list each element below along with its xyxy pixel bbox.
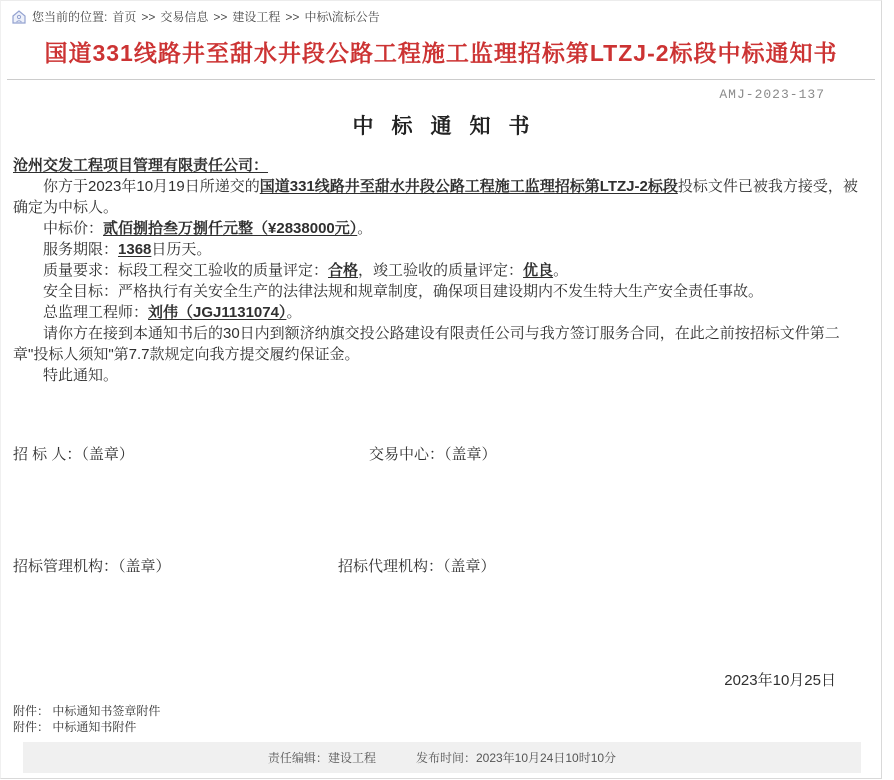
paragraph-contract: 请你方在接到本通知书后的30日内到额济纳旗交投公路建设有限责任公司与我方签订服务…	[13, 323, 869, 365]
breadcrumb-label: 您当前的位置:	[32, 8, 107, 25]
breadcrumb-item-trade-info[interactable]: 交易信息	[160, 8, 208, 25]
notice-body: 沧州交发工程项目管理有限责任公司： 你方于2023年10月19日所递交的国道33…	[1, 155, 881, 386]
recipient-company: 沧州交发工程项目管理有限责任公司：	[13, 157, 268, 174]
chief-engineer-name: 刘伟（JGJ1131074）	[148, 304, 286, 321]
text-segment: 。	[553, 262, 568, 279]
paragraph-quality: 质量要求：标段工程交工验收的质量评定：合格，竣工验收的质量评定：优良。	[13, 260, 869, 281]
attachment-row: 附件： 中标通知书签章附件	[13, 703, 881, 719]
paragraph-recipient: 沧州交发工程项目管理有限责任公司：	[13, 155, 869, 176]
text-segment: 。	[357, 220, 372, 237]
attachment-label: 附件：	[13, 704, 49, 718]
paragraph-safety: 安全目标：严格执行有关安全生产的法律法规和规章制度，确保项目建设期内不发生特大生…	[13, 281, 869, 302]
text-segment: 质量要求：标段工程交工验收的质量评定：	[43, 262, 328, 279]
text-segment: 日历天。	[151, 241, 211, 258]
quality-handover-grade: 合格	[328, 262, 358, 279]
text-segment: 。	[286, 304, 301, 321]
breadcrumb-separator: >>	[213, 10, 227, 24]
breadcrumb: 您当前的位置: 首页 >> 交易信息 >> 建设工程 >> 中标\流标公告	[1, 1, 881, 29]
breadcrumb-item-home[interactable]: 首页	[112, 8, 136, 25]
paragraph-chief-engineer: 总监理工程师：刘伟（JGJ1131074）。	[13, 302, 869, 323]
text-segment: 你方于2023年10月19日所递交的	[43, 178, 260, 195]
project-name: 国道331线路井至甜水井段公路工程施工监理招标第LTZJ-2标段	[260, 178, 678, 195]
service-period-value: 1368	[118, 241, 151, 258]
footer-editor-label: 责任编辑：	[268, 751, 328, 765]
footer-bar: 责任编辑：建设工程 发布时间：2023年10月24日10时10分	[23, 742, 861, 773]
text-segment: 特此通知。	[43, 367, 118, 384]
paragraph-closing: 特此通知。	[13, 365, 869, 386]
attachment-label: 附件：	[13, 720, 49, 734]
footer-editor: 责任编辑：建设工程	[268, 749, 376, 766]
breadcrumb-item-construction[interactable]: 建设工程	[232, 8, 280, 25]
paragraph-service-period: 服务期限：1368日历天。	[13, 239, 869, 260]
home-icon	[11, 9, 27, 25]
footer-publish-time: 发布时间：2023年10月24日10时10分	[416, 749, 616, 766]
quality-completion-grade: 优良	[523, 262, 553, 279]
text-segment: 服务期限：	[43, 241, 118, 258]
title-divider	[7, 79, 875, 80]
signature-row-2: 招标管理机构：（盖章） 招标代理机构：（盖章）	[1, 555, 881, 576]
text-segment: 中标价：	[43, 220, 103, 237]
text-segment: ，竣工验收的质量评定：	[358, 262, 523, 279]
signature-row-1: 招 标 人：（盖章） 交易中心：（盖章）	[1, 443, 881, 464]
attachment-link-signed[interactable]: 中标通知书签章附件	[52, 704, 160, 718]
attachment-row: 附件： 中标通知书附件	[13, 719, 881, 735]
document-number: AMJ-2023-137	[1, 87, 825, 102]
notice-date: 2023年10月25日	[1, 669, 881, 690]
text-segment: 安全目标：严格执行有关安全生产的法律法规和规章制度，确保项目建设期内不发生特大生…	[43, 283, 763, 300]
footer-publish-value: 2023年10月24日10时10分	[476, 751, 616, 765]
breadcrumb-separator: >>	[141, 10, 155, 24]
paragraph-bid-price: 中标价：贰佰捌拾叁万捌仟元整（¥2838000元）。	[13, 218, 869, 239]
text-segment: 请你方在接到本通知书后的30日内到额济纳旗交投公路建设有限责任公司与我方签订服务…	[13, 325, 840, 363]
signature-trade-center: 交易中心：（盖章）	[369, 443, 497, 464]
signature-tenderee: 招 标 人：（盖章）	[13, 443, 369, 464]
footer-editor-value: 建设工程	[328, 751, 376, 765]
attachment-link-notice[interactable]: 中标通知书附件	[52, 720, 136, 734]
content-page: 您当前的位置: 首页 >> 交易信息 >> 建设工程 >> 中标\流标公告 国道…	[0, 0, 882, 779]
breadcrumb-separator: >>	[285, 10, 299, 24]
bid-price-value: 贰佰捌拾叁万捌仟元整（¥2838000元）	[103, 220, 357, 237]
signature-bidding-agency: 招标代理机构：（盖章）	[338, 555, 496, 576]
page-title: 国道331线路井至甜水井段公路工程施工监理招标第LTZJ-2标段中标通知书	[9, 38, 873, 68]
text-segment: 总监理工程师：	[43, 304, 148, 321]
notice-heading: 中标通知书	[1, 110, 881, 140]
attachments: 附件： 中标通知书签章附件 附件： 中标通知书附件	[1, 703, 881, 735]
footer-publish-label: 发布时间：	[416, 751, 476, 765]
breadcrumb-item-award-notice[interactable]: 中标\流标公告	[304, 8, 379, 25]
signature-admin-agency: 招标管理机构：（盖章）	[13, 555, 338, 576]
paragraph-acceptance: 你方于2023年10月19日所递交的国道331线路井至甜水井段公路工程施工监理招…	[13, 176, 869, 218]
